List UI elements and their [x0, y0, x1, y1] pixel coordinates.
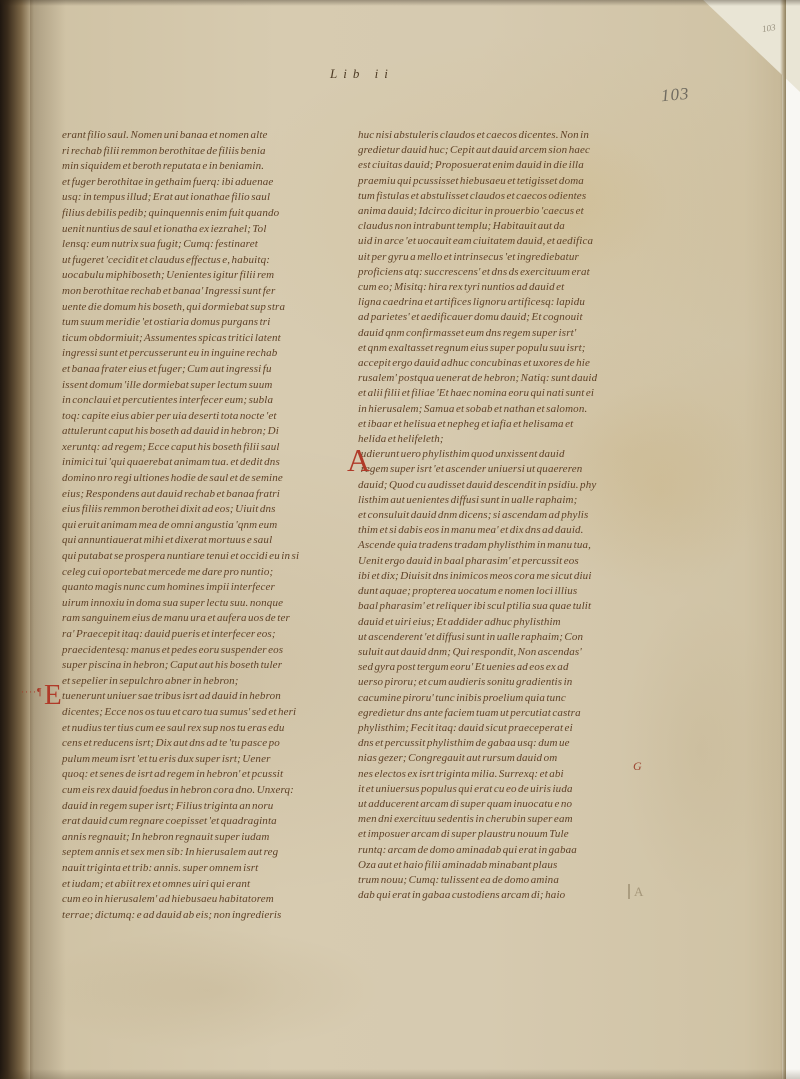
right-text-column: huc nisi abstuleris claudos et caecos di… — [358, 128, 674, 903]
parchment-stain — [40, 930, 380, 1050]
left-text-column: erant filio saul. Nomen uni banaa et nom… — [62, 128, 360, 923]
gutter-shadow — [30, 0, 66, 1079]
corner-folio-number: 103 — [761, 22, 776, 34]
margin-letter-g: G — [633, 759, 642, 774]
paragraph-mark: ····¶ — [21, 687, 42, 698]
manuscript-page-scan: Lib ii 103 103 erant filio saul. Nomen u… — [0, 0, 800, 1079]
capitulum-icon: ¶ — [37, 687, 42, 698]
page-right-edge — [780, 0, 786, 1079]
quire-mark-letter: A — [634, 884, 643, 899]
running-header: Lib ii — [330, 66, 394, 82]
quire-mark-stroke — [628, 884, 630, 899]
page-top-edge — [0, 0, 800, 6]
paragraph-dots: ···· — [21, 687, 37, 697]
binding-gutter-edge — [0, 0, 34, 1079]
quire-mark: A — [628, 884, 643, 900]
rubricated-initial-a: A — [347, 444, 370, 476]
folio-number: 103 — [660, 84, 690, 106]
rubricated-initial-e: E — [44, 681, 62, 710]
page-bottom-edge — [0, 1069, 800, 1079]
